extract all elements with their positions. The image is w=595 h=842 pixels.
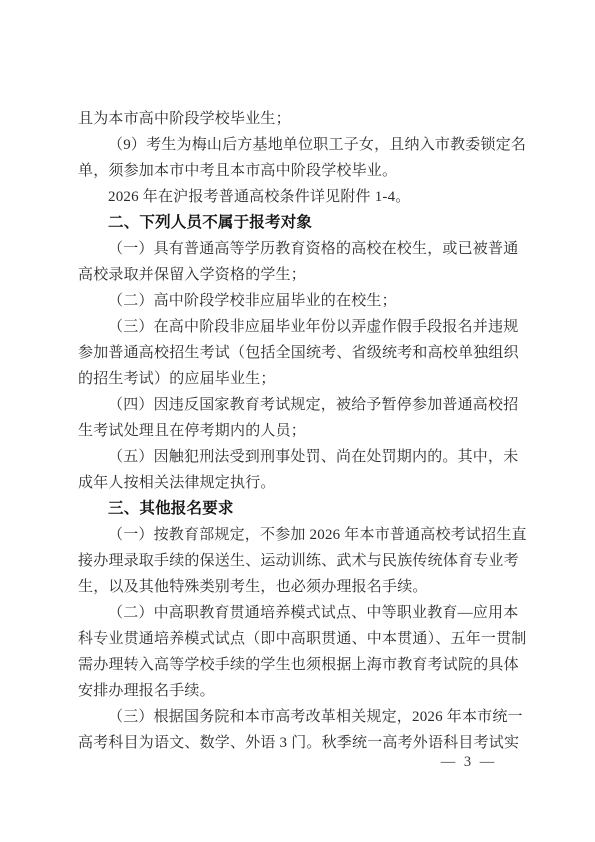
document-body: 且为本市高中阶段学校毕业生； （9）考生为梅山后方基地单位职工子女，且纳入市教委… (78, 106, 520, 756)
text-line: （9）考生为梅山后方基地单位职工子女，且纳入市教委锁定名 (78, 132, 520, 158)
text-line: （二）中高职教育贯通培养模式试点、中等职业教育—应用本 (78, 600, 520, 626)
section-heading-2: 二、下列人员不属于报考对象 (78, 210, 520, 236)
text-line: 高校录取并保留入学资格的学生； (78, 262, 520, 288)
text-line: 生，以及其他特殊类别考生，也必须办理报名手续。 (78, 574, 520, 600)
text-line: 安排办理报名手续。 (78, 678, 520, 704)
text-line: （二）高中阶段学校非应届毕业的在校生； (78, 288, 520, 314)
text-line: （五）因触犯刑法受到刑事处罚、尚在处罚期内的。其中，未 (78, 444, 520, 470)
text-line: （四）因违反国家教育考试规定，被给予暂停参加普通高校招 (78, 392, 520, 418)
text-line: （一）按教育部规定，不参加 2026 年本市普通高校考试招生直 (78, 522, 520, 548)
text-line: 参加普通高校招生考试（包括全国统考、省级统考和高校单独组织 (78, 340, 520, 366)
text-line: （三）在高中阶段非应届毕业年份以弄虚作假手段报名并违规 (78, 314, 520, 340)
section-heading-3: 三、其他报名要求 (78, 496, 520, 522)
text-line: 生考试处理且在停考期内的人员； (78, 418, 520, 444)
text-line: 的招生考试）的应届毕业生； (78, 366, 520, 392)
document-page: 且为本市高中阶段学校毕业生； （9）考生为梅山后方基地单位职工子女，且纳入市教委… (0, 0, 595, 842)
text-line: 2026 年在沪报考普通高校条件详见附件 1-4。 (78, 184, 520, 210)
text-line: （三）根据国务院和本市高考改革相关规定，2026 年本市统一 (78, 704, 520, 730)
text-line: 接办理录取手续的保送生、运动训练、武术与民族传统体育专业考 (78, 548, 520, 574)
text-line: 且为本市高中阶段学校毕业生； (78, 106, 520, 132)
text-line: 科专业贯通培养模式试点（即中高职贯通、中本贯通）、五年一贯制 (78, 626, 520, 652)
text-line: （一）具有普通高等学历教育资格的高校在校生，或已被普通 (78, 236, 520, 262)
page-number: — 3 — (420, 751, 515, 773)
text-line: 成年人按相关法律规定执行。 (78, 470, 520, 496)
text-line: 单，须参加本市中考且本市高中阶段学校毕业。 (78, 158, 520, 184)
text-line: 需办理转入高等学校手续的学生也须根据上海市教育考试院的具体 (78, 652, 520, 678)
